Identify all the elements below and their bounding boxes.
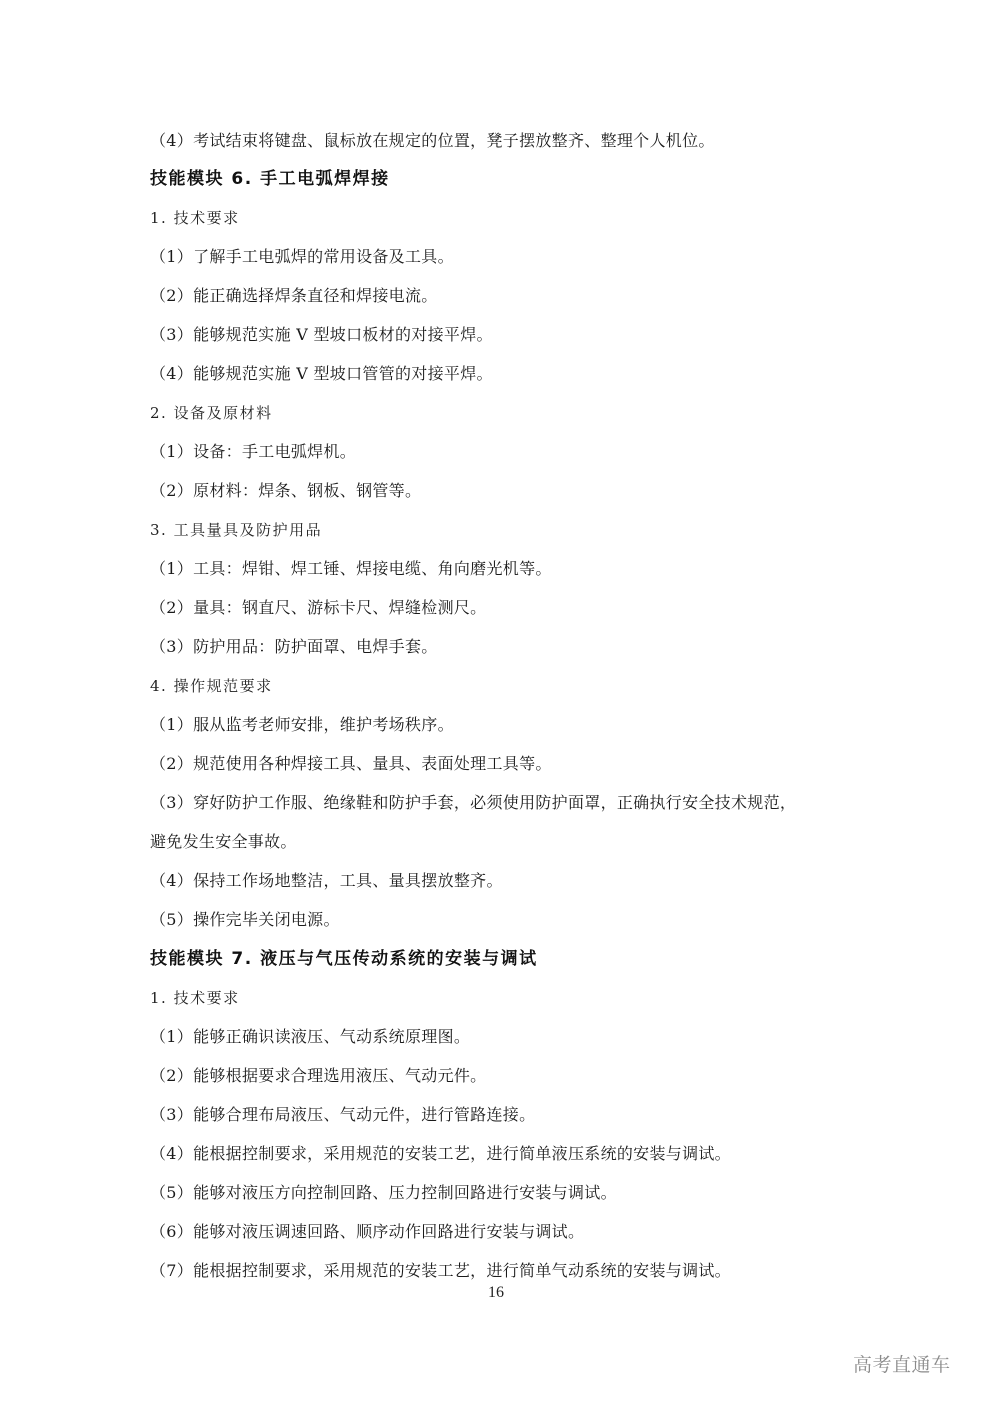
list-item: （5）能够对液压方向控制回路、压力控制回路进行安装与调试。: [150, 1180, 617, 1206]
list-item: （4）考试结束将键盘、鼠标放在规定的位置，凳子摆放整齐、整理个人机位。: [150, 128, 715, 154]
list-item: （1）设备：手工电弧焊机。: [150, 439, 356, 465]
list-item: （2）量具：钢直尺、游标卡尺、焊缝检测尺。: [150, 595, 486, 621]
list-item: （2）原材料：焊条、钢板、钢管等。: [150, 478, 421, 504]
list-item: （4）能够规范实施 V 型坡口管管的对接平焊。: [150, 361, 493, 387]
list-item: （6）能够对液压调速回路、顺序动作回路进行安装与调试。: [150, 1219, 584, 1245]
list-item: （3）防护用品：防护面罩、电焊手套。: [150, 634, 438, 660]
subsection-title: 1. 技术要求: [150, 985, 240, 1011]
subsection-title: 2. 设备及原材料: [150, 400, 273, 426]
list-item-continuation: 避免发生安全事故。: [150, 829, 297, 855]
subsection-title: 1. 技术要求: [150, 205, 240, 231]
subsection-title: 3. 工具量具及防护用品: [150, 517, 322, 543]
list-item: （3）能够规范实施 V 型坡口板材的对接平焊。: [150, 322, 493, 348]
list-item: （2）能正确选择焊条直径和焊接电流。: [150, 283, 438, 309]
list-item: （1）能够正确识读液压、气动系统原理图。: [150, 1024, 470, 1050]
list-item: （4）保持工作场地整洁，工具、量具摆放整齐。: [150, 868, 503, 894]
list-item: （3）能够合理布局液压、气动元件，进行管路连接。: [150, 1102, 535, 1128]
list-item: （5）操作完毕关闭电源。: [150, 907, 340, 933]
list-item: （4）能根据控制要求，采用规范的安装工艺，进行简单液压系统的安装与调试。: [150, 1141, 731, 1167]
list-item: （1）工具：焊钳、焊工锤、焊接电缆、角向磨光机等。: [150, 556, 552, 582]
document-page: （4）考试结束将键盘、鼠标放在规定的位置，凳子摆放整齐、整理个人机位。 技能模块…: [0, 0, 992, 1403]
page-number: 16: [0, 1284, 992, 1302]
subsection-title: 4. 操作规范要求: [150, 673, 273, 699]
list-item: （2）规范使用各种焊接工具、量具、表面处理工具等。: [150, 751, 552, 777]
section-heading: 技能模块 6. 手工电弧焊焊接: [150, 166, 390, 192]
section-heading: 技能模块 7. 液压与气压传动系统的安装与调试: [150, 946, 538, 972]
list-item: （3）穿好防护工作服、绝缘鞋和防护手套，必须使用防护面罩，正确执行安全技术规范，: [150, 790, 796, 816]
list-item: （1）了解手工电弧焊的常用设备及工具。: [150, 244, 454, 270]
watermark: 高考直通车: [853, 1350, 951, 1377]
list-item: （7）能根据控制要求，采用规范的安装工艺，进行简单气动系统的安装与调试。: [150, 1258, 731, 1284]
list-item: （1）服从监考老师安排，维护考场秩序。: [150, 712, 454, 738]
list-item: （2）能够根据要求合理选用液压、气动元件。: [150, 1063, 486, 1089]
